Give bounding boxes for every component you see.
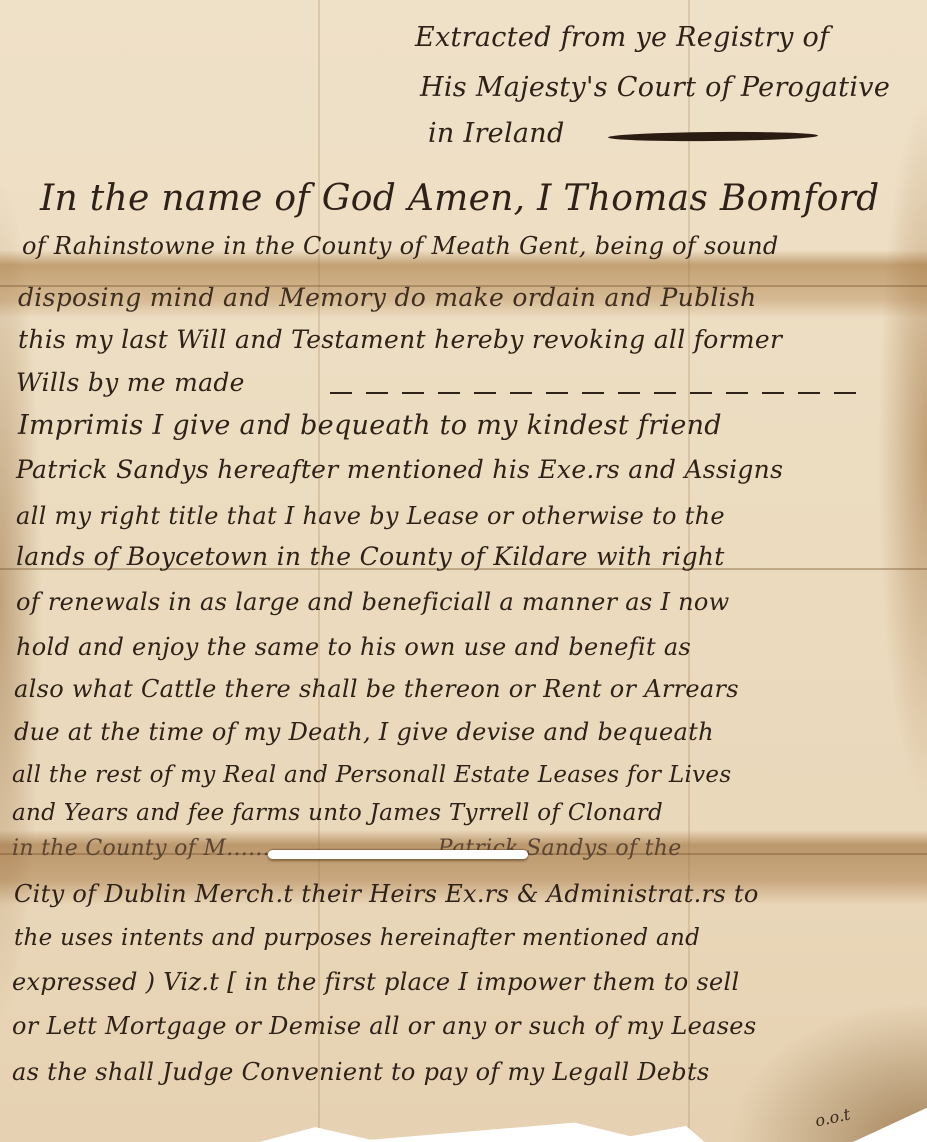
header-line-2: His Majesty's Court of Perogative bbox=[420, 72, 890, 103]
body-line-1: In the name of God Amen, I Thomas Bomfor… bbox=[40, 178, 880, 219]
body-line-7: Patrick Sandys hereafter mentioned his E… bbox=[16, 455, 783, 484]
body-line-3: disposing mind and Memory do make ordain… bbox=[18, 283, 757, 312]
body-line-14: all the rest of my Real and Personall Es… bbox=[12, 762, 731, 788]
header-line-3: in Ireland bbox=[428, 118, 565, 149]
paper-tear bbox=[268, 850, 528, 859]
body-line-12: also what Cattle there shall be thereon … bbox=[14, 675, 739, 703]
ink-flourish bbox=[608, 131, 818, 142]
body-line-13: due at the time of my Death, I give devi… bbox=[14, 718, 714, 746]
header-line-1: Extracted from ye Registry of bbox=[415, 22, 829, 53]
manuscript-page: Extracted from ye Registry of His Majest… bbox=[0, 0, 927, 1142]
body-line-6: Imprimis I give and bequeath to my kinde… bbox=[18, 410, 722, 441]
body-line-4: this my last Will and Testament hereby r… bbox=[18, 325, 782, 354]
dashed-line-filler bbox=[330, 392, 860, 394]
body-line-5: Wills by me made bbox=[16, 368, 245, 397]
body-line-19: expressed ) Viz.t [ in the first place I… bbox=[12, 968, 739, 996]
body-line-21: as the shall Judge Convenient to pay of … bbox=[12, 1058, 710, 1086]
body-line-8: all my right title that I have by Lease … bbox=[16, 502, 725, 530]
body-line-18: the uses intents and purposes hereinafte… bbox=[14, 925, 700, 951]
body-line-17: City of Dublin Merch.t their Heirs Ex.rs… bbox=[14, 880, 759, 908]
body-line-20: or Lett Mortgage or Demise all or any or… bbox=[12, 1012, 756, 1040]
body-line-11: hold and enjoy the same to his own use a… bbox=[16, 633, 691, 661]
body-line-2: of Rahinstowne in the County of Meath Ge… bbox=[22, 232, 779, 260]
body-line-15: and Years and fee farms unto James Tyrre… bbox=[12, 800, 663, 826]
body-line-10: of renewals in as large and beneficiall … bbox=[16, 588, 730, 616]
body-line-9: lands of Boycetown in the County of Kild… bbox=[16, 542, 725, 571]
